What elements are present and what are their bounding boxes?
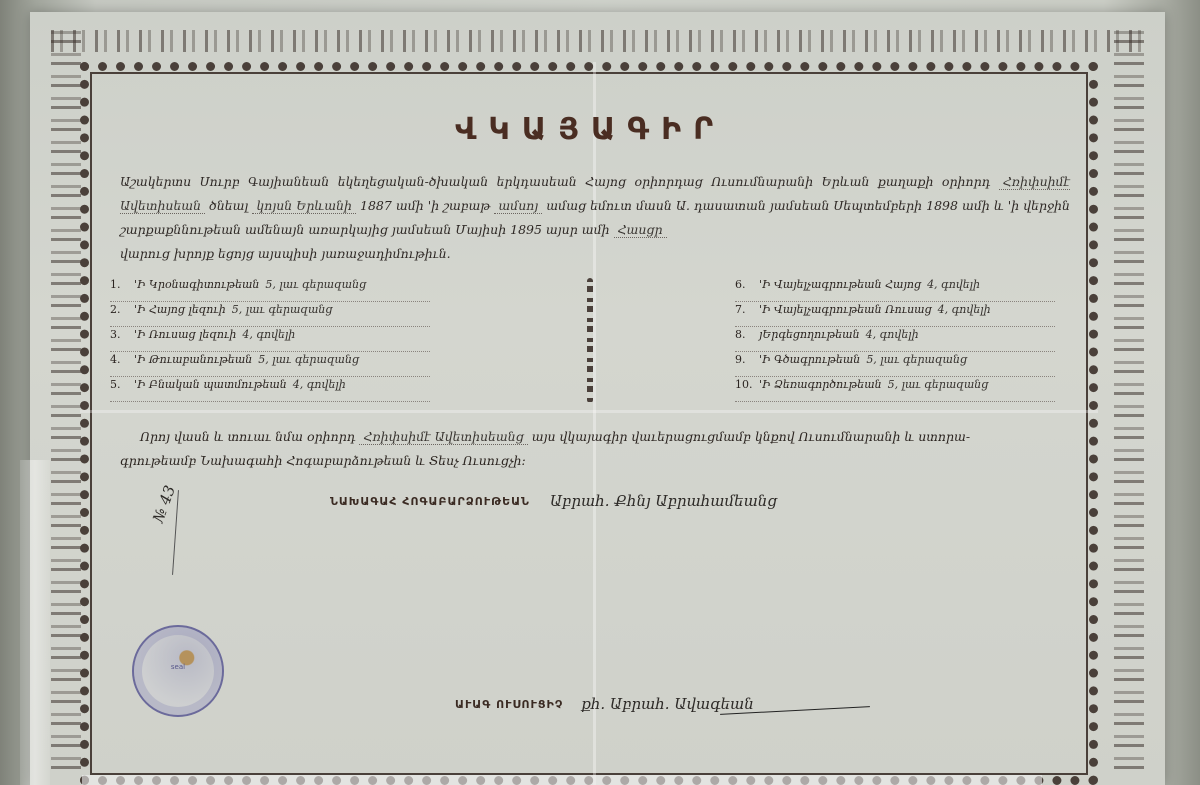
exam-suffix: այսր ամի (546, 222, 610, 237)
grade-handwritten: 5, լաւ գերազանց (866, 353, 967, 366)
grade-handwritten: 4, գովելի (938, 303, 991, 316)
exam-year: 1895 (510, 222, 542, 237)
subject-row: 8.յԵրգեցողութեան4, գովելի (735, 328, 1055, 352)
certificate-title: ՎԿԱՅԱԳԻՐ (100, 112, 1080, 147)
grade-handwritten: 4, գովելի (242, 328, 295, 341)
entry-prefix: յամսեան Սեպտեմբերի (770, 198, 922, 213)
subject-row: 6.'Ի Վայելչագրութեան Հայոց4, գովելի (735, 278, 1055, 302)
board-president-signature: Աբրահ. Քհնյ Աբրահամեանց (550, 492, 777, 510)
intro-born: ծնեալ (209, 198, 248, 213)
subject-row: 4.'Ի Թուաբանութեան5, լաւ գերազանց (110, 353, 430, 377)
birthplace-handwritten: կոյսն Երևանի (252, 198, 356, 214)
subject-row: 3.'Ի Ռուսաց լեզուի4, գովելի (110, 328, 430, 352)
intro-age: ամաց եմուտ (546, 198, 632, 213)
head-teacher-label: ԱՒԱԳ ՈՒՍՈՒՑԻՉ (455, 698, 563, 711)
subject-row: 2.'Ի Հայոց լեզուի5, լաւ գերազանց (110, 303, 430, 327)
board-president-label: ՆԱԽԱԳԱՀ ՀՈԳԱԲԱՐՁՈՒԹԵԱՆ (330, 495, 530, 508)
grade-handwritten: 5, լաւ գերազանց (265, 278, 366, 291)
head-teacher-signature: քհ. Աբրահ. Ավագեան (581, 695, 753, 713)
ornamental-divider-icon (587, 278, 593, 403)
display-glass-edge (82, 775, 1042, 785)
grade-handwritten: 4, գովելի (927, 278, 980, 291)
board-president-signature-row: ՆԱԽԱԳԱՀ ՀՈԳԱԲԱՐՁՈՒԹԵԱՆ Աբրահ. Քհնյ Աբրահ… (330, 492, 777, 510)
registration-number: № 43 (149, 483, 179, 525)
display-glass-reflection (20, 460, 50, 785)
head-teacher-signature-row: ԱՒԱԳ ՈՒՍՈՒՑԻՉ քհ. Աբրահ. Ավագեան (455, 695, 754, 713)
intro-line4: վարուց խրոյք եցոյց այսպիսի յառաջադիմութի… (120, 246, 451, 261)
exam-handwritten: Հասցր (614, 222, 667, 238)
grade-handwritten: 5, լաւ գերազանց (232, 303, 333, 316)
birth-year: 1887 (360, 198, 392, 213)
seal-label: seal (134, 663, 222, 671)
grade-handwritten: 5, լաւ գերազանց (258, 353, 359, 366)
entry-year: 1898 (926, 198, 958, 213)
intro-paragraph: Աշակերտս Սուրբ Գայիանեան եկեղեցական-ծխակ… (120, 170, 1070, 266)
subject-row: 1.'Ի Կրօնագիտութեան5, լաւ գերազանց (110, 278, 430, 302)
subjects-list-left: 1.'Ի Կրօնագիտութեան5, լաւ գերազանց 2.'Ի … (110, 278, 430, 403)
school-seal-icon: seal (132, 625, 224, 717)
closing-line1-suffix: այս վկայագիր վաւերացուցմամբ կնքով Ուսում… (532, 429, 970, 444)
grade-handwritten: 4, գովելի (866, 328, 919, 341)
closing-name-handwritten: Հռիփսիմէ Ավետիսեանց (359, 429, 527, 445)
month-handwritten: ամսոյ (494, 198, 542, 214)
subject-row: 10.'Ի Ձեռագործութեան5, լաւ գերազանց (735, 378, 1055, 402)
closing-line1: Որոյ վասն և տուաւ նմա օրիորդ (140, 429, 355, 444)
intro-line1: Աշակերտս Սուրբ Գայիանեան եկեղեցական-ծխակ… (120, 174, 990, 189)
subjects-list-right: 6.'Ի Վայելչագրութեան Հայոց4, գովելի 7.'Ի… (735, 278, 1055, 403)
grade-handwritten: 4, գովելի (293, 378, 346, 391)
intro-day: ամի 'ի շաբաթ (396, 198, 490, 213)
closing-paragraph: Որոյ վասն և տուաւ նմա օրիորդ Հռիփսիմէ Ավ… (120, 425, 1070, 473)
intro-class: մասն Ա. դասատան (636, 198, 766, 213)
certificate-body: ՎԿԱՅԱԳԻՐ Աշակերտս Սուրբ Գայիանեան եկեղեց… (100, 80, 1080, 785)
closing-line2: գրութեամբ Նախագահի Հոգաբարձութեան և Տեսչ… (120, 449, 1070, 473)
grade-handwritten: 5, լաւ գերազանց (888, 378, 989, 391)
subject-row: 9.'Ի Գծագրութեան5, լաւ գերազանց (735, 353, 1055, 377)
subject-row: 7.'Ի Վայելչագրութեան Ռուսաց4, գովելի (735, 303, 1055, 327)
subject-row: 5.'Ի Բնական պատմութեան4, գովելի (110, 378, 430, 402)
